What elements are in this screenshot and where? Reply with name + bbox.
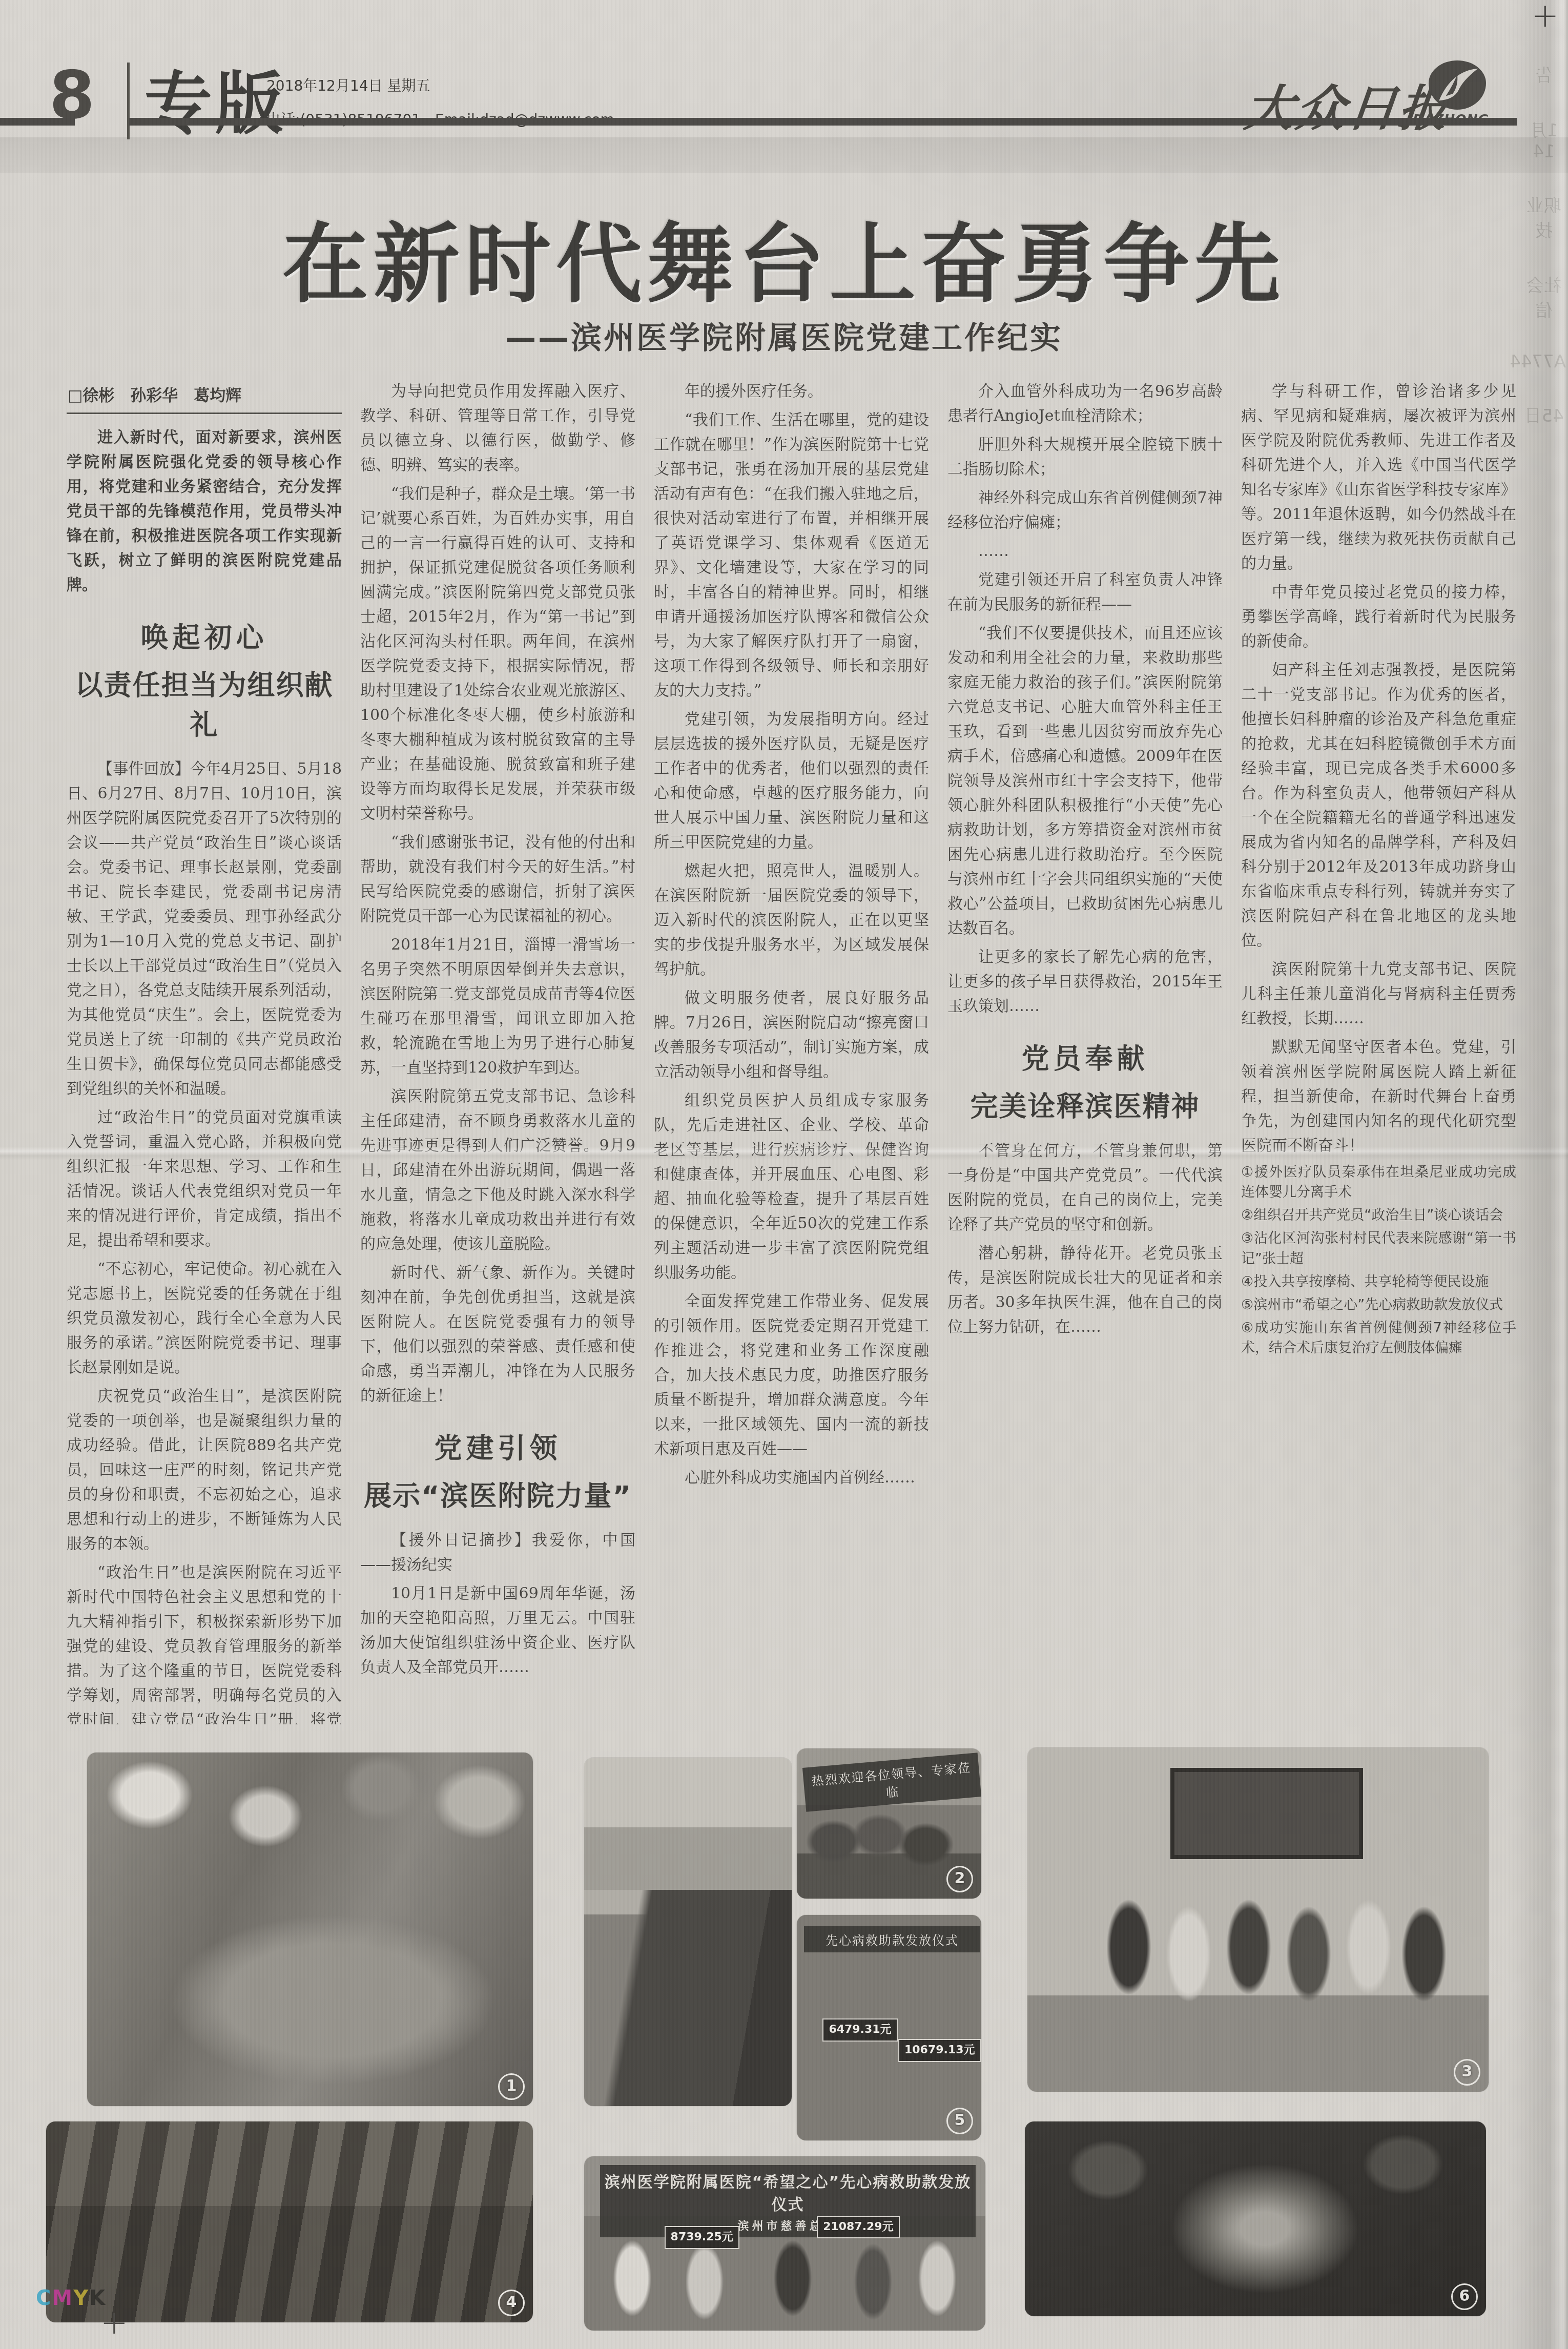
article-paragraph: 庆祝党员“政治生日”，是滨医附院党委的一项创举，也是凝聚组织力量的成功经验。借此… bbox=[67, 1384, 342, 1556]
article-paragraph: 中青年党员接过老党员的接力棒，勇攀医学高峰，践行着新时代为民服务的新使命。 bbox=[1241, 580, 1516, 654]
crosshair-bottom-left: + bbox=[100, 2304, 128, 2342]
section-heading-line2: 以责任担当为组织献礼 bbox=[67, 664, 342, 743]
photo-charity-wide: 滨州医学院附属医院“希望之心”先心病救助款发放仪式滨州市慈善总会8739.25元… bbox=[584, 2156, 985, 2331]
donation-amount-sign: 6479.31元 bbox=[822, 2018, 897, 2042]
article-paragraph: “我们不仅要提供技术，而且还应该发动和利用全社会的力量，来救助那些家庭无能力救治… bbox=[947, 621, 1223, 941]
bleedthrough-fragment: A7744 bbox=[1522, 352, 1566, 372]
article-paragraph: 不管身在何方，不管身兼何职，第一身份是“中国共产党党员”。一代代滨医附院的党员，… bbox=[947, 1139, 1223, 1237]
header-rule-main bbox=[129, 118, 1517, 126]
bleedthrough-fragment: 社会信 bbox=[1522, 272, 1566, 322]
photo-number-badge: 4 bbox=[498, 2290, 525, 2316]
article-paragraph: 肝胆外科大规模开展全腔镜下胰十二指肠切除术； bbox=[947, 432, 1223, 482]
section-heading-line1: 党建引领 bbox=[360, 1427, 635, 1466]
photo-number-badge: 6 bbox=[1451, 2283, 1478, 2310]
donation-amount-sign: 21087.29元 bbox=[817, 2216, 900, 2239]
cmyk-c: C bbox=[36, 2286, 52, 2310]
photo-charity-small: 先心病救助款发放仪式6479.31元10679.13元5 bbox=[797, 1915, 981, 2140]
article-paragraph: “我们感谢张书记，没有他的付出和帮助，就没有我们村今天的好生活。”村民写给医院党… bbox=[360, 830, 635, 929]
photo-caption-line: ⑥成功实施山东省首例健侧颈7神经移位手术，结合术后康复治疗左侧肢体偏瘫 bbox=[1241, 1318, 1516, 1358]
newspaper-page: 8 专版 2018年12月14日 星期五 电话:(0531)85196701 E… bbox=[0, 0, 1568, 2349]
photo-banner-text-2: 滨州市慈善总会 bbox=[603, 2217, 972, 2233]
byline: □徐彬 孙彩华 葛均辉 bbox=[67, 379, 342, 414]
bleedthrough-fragment: 45日 bbox=[1522, 402, 1566, 427]
article-paragraph: 全面发挥党建工作带业务、促发展的引领作用。医院党委定期召开党建工作推进会，将党建… bbox=[654, 1289, 929, 1461]
cmyk-y: Y bbox=[73, 2286, 89, 2310]
article-paragraph: “政治生日”也是滨医附院在习近平新时代中国特色社会主义思想和党的十九大精神指引下… bbox=[67, 1560, 342, 1724]
photo-caption-line: ⑤滨州市“希望之心”先心病救助款发放仪式 bbox=[1241, 1295, 1516, 1315]
article-column-5: 学与科研工作，曾诊治诸多少见病、罕见病和疑难病，屡次被评为滨州医学院及附院优秀教… bbox=[1241, 379, 1516, 1724]
cmyk-registration-mark: CMYK bbox=[36, 2286, 106, 2310]
photo-group-photo: 3 bbox=[1027, 1747, 1489, 2092]
header-rule-left bbox=[0, 118, 75, 126]
edition-date: 2018年12月14日 星期五 bbox=[266, 75, 430, 95]
article-paragraph: …… bbox=[947, 539, 1223, 564]
section-heading-line1: 党员奉献 bbox=[947, 1037, 1223, 1077]
section-heading: 党员奉献完美诠释滨医精神 bbox=[947, 1037, 1223, 1124]
article-paragraph: 10月1日是新中国69周年华诞，汤加的天空艳阳高照，万里无云。中国驻汤加大使馆组… bbox=[360, 1581, 635, 1680]
header-divider bbox=[127, 63, 130, 139]
article-paragraph: 为导向把党员作用发挥融入医疗、教学、科研、管理等日常工作，引导党员以德立身、以德… bbox=[360, 379, 635, 478]
article-column-3: 年的援外医疗任务。“我们工作、生活在哪里，党的建设工作就在哪里！”作为滨医附院第… bbox=[654, 379, 929, 1724]
page-header: 8 专版 2018年12月14日 星期五 电话:(0531)85196701 E… bbox=[0, 0, 1568, 128]
masthead-title: 大众日报 bbox=[1242, 70, 1454, 140]
article-paragraph: 燃起火把，照亮世人，温暖别人。在滨医附院新一届医院党委的领导下，迈入新时代的滨医… bbox=[654, 859, 929, 982]
photo-surgery-aid: 1 bbox=[87, 1753, 533, 2106]
article-paragraph: 介入血管外科成功为一名96岁高龄患者行AngioJet血栓清除术； bbox=[947, 379, 1223, 428]
article-paragraph: 【事件回放】今年4月25日、5月18日、6月27日、8月7日、10月10日，滨州… bbox=[67, 757, 342, 1101]
article-paragraph: 【援外日记摘抄】我爱你，中国——援汤纪实 bbox=[360, 1528, 635, 1577]
masthead: 大众日报 DAZHONG bbox=[1245, 60, 1486, 137]
donation-amount-sign: 8739.25元 bbox=[665, 2226, 739, 2249]
section-heading: 唤起初心以责任担当为组织献礼 bbox=[67, 616, 342, 743]
cmyk-m: M bbox=[52, 2286, 73, 2310]
photo-conference-room bbox=[584, 1758, 792, 2106]
photo-number-badge: 3 bbox=[1454, 2059, 1480, 2086]
photo-caption-line: ④投入共享按摩椅、共享轮椅等便民设施 bbox=[1241, 1272, 1516, 1292]
article-paragraph: 做文明服务使者，展良好服务品牌。7月26日，滨医附院启动“擦亮窗口改善服务专项活… bbox=[654, 986, 929, 1084]
photo-caption-line: ②组织召开共产党员“政治生日”谈心谈话会 bbox=[1241, 1205, 1516, 1225]
article-paragraph: 妇产科主任刘志强教授，是医院第二十一党支部书记。作为优秀的医者，他擅长妇科肿瘤的… bbox=[1241, 658, 1516, 953]
section-heading-line2: 展示“滨医附院力量” bbox=[360, 1474, 635, 1514]
article-paragraph: 学与科研工作，曾诊治诸多少见病、罕见病和疑难病，屡次被评为滨州医学院及附院优秀教… bbox=[1241, 379, 1516, 576]
photo-number-badge: 1 bbox=[498, 2073, 525, 2100]
sail-glyph bbox=[1429, 60, 1486, 110]
article-paragraph: 新时代、新气象、新作为。关键时刻冲在前，争先创优勇担当，这就是滨医附院人。在医院… bbox=[360, 1261, 635, 1408]
article-paragraph: 默默无闻坚守医者本色。党建，引领着滨州医学院附属医院人踏上新征程，担当新使命，在… bbox=[1241, 1035, 1516, 1158]
article-paragraph: 年的援外医疗任务。 bbox=[654, 379, 929, 404]
article-paragraph: “我们工作、生活在哪里，党的建设工作就在哪里！”作为滨医附院第十七党支部书记，张… bbox=[654, 408, 929, 703]
dazhong-logo-icon bbox=[1429, 60, 1486, 110]
lead-paragraph: 进入新时代，面对新要求，滨州医学院附属医院强化党委的领导核心作用，将党建和业务紧… bbox=[67, 425, 342, 597]
main-headline: 在新时代舞台上奋勇争先 bbox=[0, 196, 1568, 319]
photo-number-badge: 5 bbox=[946, 2108, 973, 2134]
section-heading-line1: 唤起初心 bbox=[67, 616, 342, 655]
article-paragraph: 心脏外科成功实施国内首例经…… bbox=[654, 1466, 929, 1490]
article-paragraph: 党建引领，为发展指明方向。经过层层选拔的援外医疗队员，无疑是医疗工作者中的优秀者… bbox=[654, 707, 929, 855]
photo-banner-text: 先心病救助款发放仪式 bbox=[804, 1926, 980, 1952]
article-column-1: □徐彬 孙彩华 葛均辉进入新时代，面对新要求，滨州医学院附属医院强化党委的领导核… bbox=[67, 379, 342, 1724]
photo-caption-line: ①援外医疗队员秦承伟在坦桑尼亚成功完成连体婴儿分离手术 bbox=[1241, 1162, 1516, 1202]
photo-surgery-dark: 6 bbox=[1025, 2121, 1486, 2316]
photo-number-badge: 2 bbox=[946, 1866, 973, 1892]
photo-meeting: 热烈欢迎各位领导、专家莅临2 bbox=[797, 1748, 981, 1899]
headline-subtitle: ——滨州医学院附属医院党建工作纪实 bbox=[0, 314, 1568, 358]
article-paragraph: 滨医附院第十九党支部书记、医院儿科主任兼儿童消化与肾病科主任贾秀红教授，长期…… bbox=[1241, 957, 1516, 1031]
photo-caption-line: ③沾化区河沟张村村民代表来院感谢“第一书记”张士超 bbox=[1241, 1228, 1516, 1268]
photo-waiting-hall: 4 bbox=[46, 2121, 533, 2322]
article-paragraph: “我们是种子，群众是土壤。‘第一书记’就要心系百姓，为百姓办实事，用自己的一言一… bbox=[360, 482, 635, 826]
article-paragraph: 2018年1月21日，淄博一滑雪场一名男子突然不明原因晕倒并失去意识，滨医附院第… bbox=[360, 933, 635, 1080]
section-heading-line2: 完美诠释滨医精神 bbox=[947, 1085, 1223, 1124]
article-column-4: 介入血管外科成功为一名96岁高龄患者行AngioJet血栓清除术；肝胆外科大规模… bbox=[947, 379, 1223, 1724]
article-paragraph: 神经外科完成山东省首例健侧颈7神经移位治疗偏瘫； bbox=[947, 486, 1223, 535]
article-paragraph: 组织党员医护人员组成专家服务队，先后走进社区、企业、学校、革命老区等基层，进行疾… bbox=[654, 1088, 929, 1285]
donation-amount-sign: 10679.13元 bbox=[898, 2039, 981, 2062]
bleedthrough-fragment: 告 bbox=[1522, 61, 1566, 87]
article-paragraph: “不忘初心，牢记使命。初心就在入党志愿书上，医院党委的任务就在于组织党员激发初心… bbox=[67, 1257, 342, 1380]
article-paragraph: 潜心躬耕，静待花开。老党员张玉传，是滨医附院成长壮大的见证者和亲历者。30多年执… bbox=[947, 1241, 1223, 1340]
article-paragraph: 让更多的家长了解先心病的危害，让更多的孩子早日获得救治，2015年王玉玖策划…… bbox=[947, 945, 1223, 1019]
section-title: 专版 bbox=[145, 49, 286, 147]
bleedthrough-fragment: 1月14 bbox=[1522, 116, 1566, 162]
page-edge-bleedthrough: 告1月14职业技社会信A774445日 bbox=[1522, 61, 1566, 779]
article-paragraph: 过“政治生日”的党员面对党旗重读入党誓词，重温入党心路，并积极向党组织汇报一年来… bbox=[67, 1105, 342, 1253]
article-column-2: 为导向把党员作用发挥融入医疗、教学、科研、管理等日常工作，引导党员以德立身、以德… bbox=[360, 379, 635, 1724]
article-paragraph: 党建引领还开启了科室负责人冲锋在前为民服务的新征程—— bbox=[947, 568, 1223, 617]
photo-banner-text: 滨州医学院附属医院“希望之心”先心病救助款发放仪式滨州市慈善总会 bbox=[600, 2165, 975, 2237]
crosshair-top-right: + bbox=[1531, 0, 1559, 35]
article-paragraph: 滨医附院第五党支部书记、急诊科主任邱建清，奋不顾身勇救落水儿童的先进事迹更是得到… bbox=[360, 1084, 635, 1256]
photo-banner-text: 热烈欢迎各位领导、专家莅临 bbox=[802, 1753, 981, 1812]
section-heading: 党建引领展示“滨医附院力量” bbox=[360, 1427, 635, 1514]
bleedthrough-fragment: 职业技 bbox=[1522, 192, 1566, 242]
